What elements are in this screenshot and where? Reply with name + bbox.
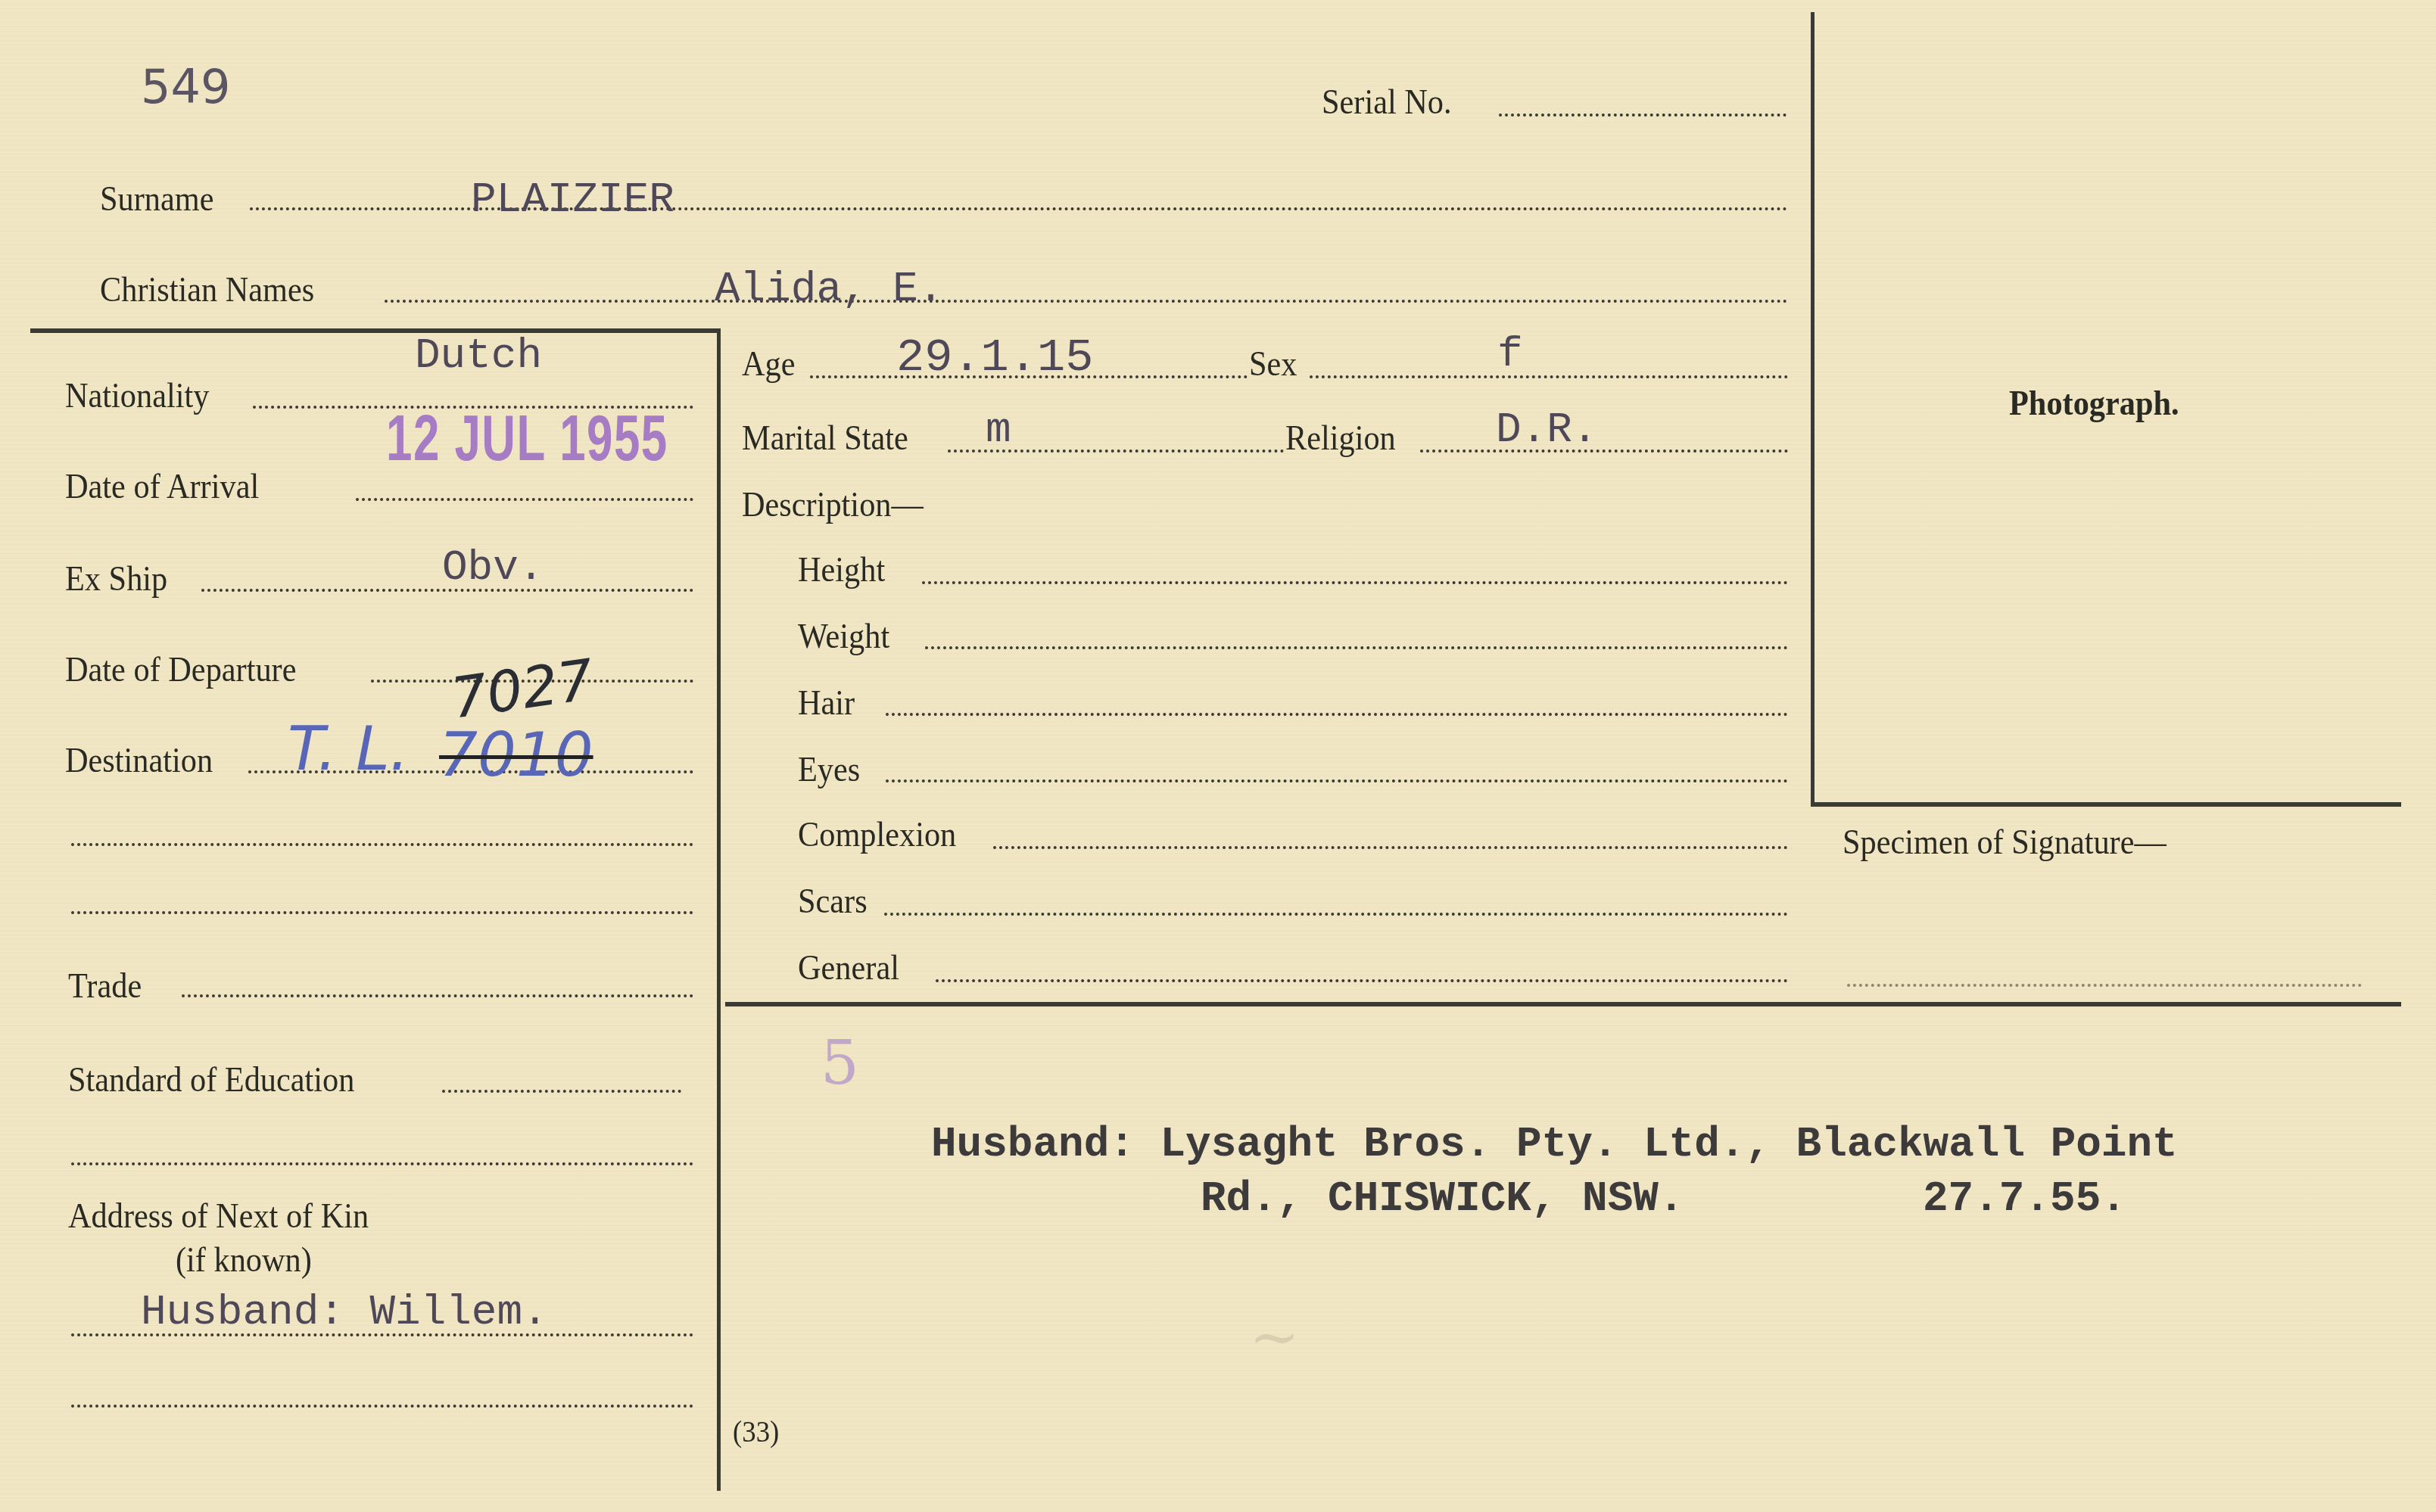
education-field [442,1090,681,1093]
marital-state-label: Marital State [742,421,908,456]
hair-field [886,713,1788,716]
age-value: 29.1.15 [896,334,1093,381]
height-field [922,581,1788,584]
trade-label: Trade [68,969,142,1003]
next-of-kin-sublabel: (if known) [176,1243,312,1277]
description-label: Description— [742,487,924,522]
margin-number: 5 [821,1028,859,1098]
marital-state-value: m [986,409,1011,451]
ex-ship-field [201,589,693,592]
sex-field [1310,375,1788,378]
photograph-area [1817,15,2400,799]
surname-label: Surname [100,182,213,216]
details-bottom-rule [725,1002,2401,1006]
ex-ship-label: Ex Ship [65,562,167,596]
general-label: General [798,950,899,985]
left-panel-top-rule [30,328,721,333]
next-of-kin-field [71,1333,693,1336]
card-number: 549 [141,64,230,110]
scars-field [884,913,1788,916]
eyes-label: Eyes [798,752,860,787]
notes-line-2: Rd., CHISWICK, NSW. [1201,1178,1684,1220]
age-label: Age [742,347,796,381]
complexion-label: Complexion [798,817,956,852]
christian-names-label: Christian Names [100,272,314,307]
notes-line-1: Husband: Lysaght Bros. Pty. Ltd., Blackw… [931,1123,2178,1165]
serial-no-label: Serial No. [1322,85,1452,120]
nationality-label: Nationality [65,378,209,413]
sex-value: f [1497,333,1523,375]
photo-box-bottom-rule [1811,802,2401,807]
trade-field [182,994,693,997]
ex-ship-value: Obv. [442,546,544,589]
date-of-arrival-field [356,498,693,501]
complexion-field [993,846,1788,849]
weight-label: Weight [798,619,889,654]
date-of-arrival-label: Date of Arrival [65,469,259,504]
next-of-kin-label: Address of Next of Kin [68,1199,369,1234]
date-of-departure-label: Date of Departure [65,652,296,687]
date-of-departure-value: 7027 [448,652,597,726]
notes-date: 27.7.55. [1923,1178,2126,1220]
scars-label: Scars [798,884,868,919]
next-of-kin-field-line-2 [71,1405,693,1408]
education-label: Standard of Education [68,1062,354,1097]
blank-line-2 [71,911,693,914]
christian-names-field [385,300,1788,303]
form-number: (33) [733,1417,779,1447]
destination-value: T. L. [288,719,409,779]
christian-names-value: Alida, E. [715,268,943,310]
nationality-value: Dutch [415,334,542,377]
arrival-date-stamp: 12 JUL 1955 [386,406,668,471]
weight-field [925,646,1788,649]
sex-label: Sex [1249,347,1297,381]
blank-line-1 [71,843,693,846]
destination-struck-value: 7010 [439,725,593,786]
registration-card: 549 Serial No. Surname PLAIZIER Christia… [0,0,2436,1512]
signature-field [1847,984,2362,987]
serial-no-field [1499,114,1787,117]
faint-pencil-mark: ~ [1249,1302,1300,1372]
surname-value: PLAIZIER [471,179,674,221]
left-panel-divider [717,328,721,1491]
photo-box-left-rule [1811,12,1815,807]
religion-label: Religion [1285,421,1396,456]
religion-value: D.R. [1496,409,1597,451]
eyes-field [886,779,1788,782]
height-label: Height [798,552,885,587]
signature-label: Specimen of Signature— [1843,825,2167,860]
hair-label: Hair [798,686,855,720]
general-field [936,979,1788,982]
education-field-line-2 [71,1162,693,1165]
religion-field [1420,450,1788,453]
destination-label: Destination [65,743,213,778]
next-of-kin-value: Husband: Willem. [141,1291,548,1333]
